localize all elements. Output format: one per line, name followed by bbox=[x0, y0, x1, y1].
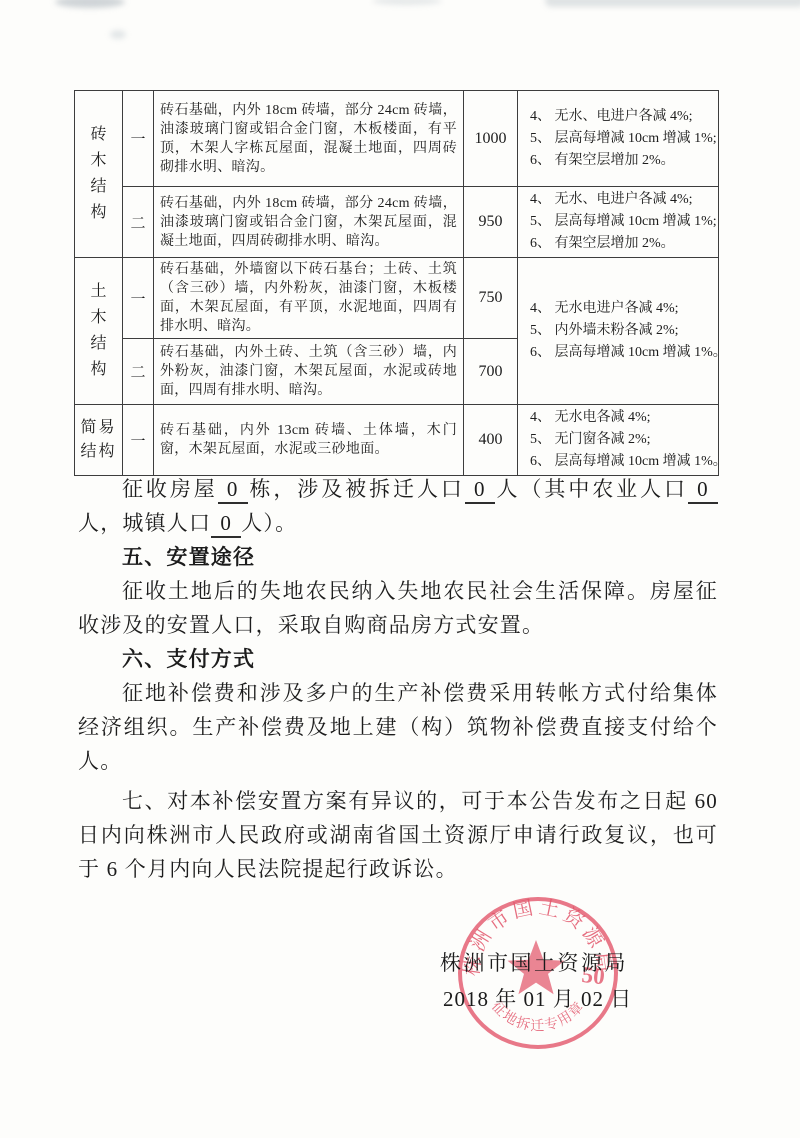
note-line: 5、 层高每增减 10cm 增减 1%; bbox=[530, 128, 714, 150]
description-cell: 砖石基础，内外 13cm 砖墙、土体墙，木门窗，木架瓦屋面，水泥或三砂地面。 bbox=[154, 405, 464, 476]
blank-value: 0 bbox=[465, 476, 495, 504]
price-cell: 400 bbox=[464, 405, 518, 476]
note-line: 5、 内外墙未粉各减 2%; bbox=[530, 320, 714, 342]
grade-cell: 一 bbox=[123, 91, 154, 187]
grade-cell: 一 bbox=[123, 258, 154, 339]
section-5-heading: 五、安置途径 bbox=[78, 540, 718, 574]
note-line: 6、 有架空层增加 2%。 bbox=[530, 150, 714, 172]
notes-cell: 4、 无水电各减 4%; 5、 无门窗各减 2%; 6、 层高每增减 10cm … bbox=[518, 405, 719, 476]
intro-text: 人）。 bbox=[241, 511, 297, 535]
section-6-body: 征地补偿费和涉及多户的生产补偿费采用转帐方式付给集体经济组织。生产补偿费及地上建… bbox=[78, 676, 718, 778]
grade-cell: 二 bbox=[123, 339, 154, 405]
price-cell: 950 bbox=[464, 187, 518, 258]
intro-text: 人，城镇人口 bbox=[78, 511, 211, 535]
table-row: 二 砖石基础，内外 18cm 砖墙，部分 24cm 砖墙，油漆玻璃门窗或铝合金门… bbox=[75, 187, 719, 258]
grade-cell: 一 bbox=[123, 405, 154, 476]
blank-value: 0 bbox=[211, 510, 241, 538]
price-cell: 750 bbox=[464, 258, 518, 339]
scan-artifact bbox=[110, 30, 126, 39]
compensation-table: 砖木结构 一 砖石基础，内外 18cm 砖墙，部分 24cm 砖墙，油漆玻璃门窗… bbox=[74, 90, 719, 476]
agency-signature: 株洲市国土资源局 bbox=[440, 947, 628, 977]
scan-artifact bbox=[55, 0, 125, 8]
intro-text: 征收房屋 bbox=[122, 477, 218, 501]
section-6-heading: 六、支付方式 bbox=[78, 642, 718, 676]
note-line: 6、 有架空层增加 2%。 bbox=[530, 233, 714, 255]
notes-cell: 4、 无水电进户各减 4%; 5、 内外墙未粉各减 2%; 6、 层高每增减 1… bbox=[518, 258, 719, 405]
structure-type-cell: 砖木结构 bbox=[75, 91, 123, 258]
description-cell: 砖石基础，外墙窗以下砖石基台；土砖、土筑（含三砂）墙，内外粉灰，油漆门窗，木板楼… bbox=[154, 258, 464, 339]
intro-paragraph: 征收房屋0栋，涉及被拆迁人口0人（其中农业人口0人，城镇人口0人）。 bbox=[78, 472, 718, 540]
table-row: 土木结构 一 砖石基础，外墙窗以下砖石基台；土砖、土筑（含三砂）墙，内外粉灰，油… bbox=[75, 258, 719, 339]
scan-artifact bbox=[372, 0, 442, 5]
price-cell: 1000 bbox=[464, 91, 518, 187]
note-line: 4、 无水电各减 4%; bbox=[530, 407, 714, 429]
intro-text: 栋，涉及被拆迁人口 bbox=[248, 477, 465, 501]
structure-type-cell: 土木结构 bbox=[75, 258, 123, 405]
note-line: 5、 无门窗各减 2%; bbox=[530, 429, 714, 451]
note-line: 5、 层高每增减 10cm 增减 1%; bbox=[530, 211, 714, 233]
structure-type-label: 简易结构 bbox=[80, 416, 117, 464]
document-body: 征收房屋0栋，涉及被拆迁人口0人（其中农业人口0人，城镇人口0人）。 五、安置途… bbox=[78, 472, 718, 886]
grade-cell: 二 bbox=[123, 187, 154, 258]
price-cell: 700 bbox=[464, 339, 518, 405]
structure-type-label: 土木结构 bbox=[90, 279, 107, 383]
note-line: 4、 无水、电进户各减 4%; bbox=[530, 189, 714, 211]
signature-date: 2018 年 01 月 02 日 bbox=[443, 983, 632, 1013]
description-cell: 砖石基础，内外土砖、土筑（含三砂）墙，内外粉灰，油漆门窗，木架瓦屋面，水泥或砖地… bbox=[154, 339, 464, 405]
structure-type-cell: 简易结构 bbox=[75, 405, 123, 476]
table-row: 简易结构 一 砖石基础，内外 13cm 砖墙、土体墙，木门窗，木架瓦屋面，水泥或… bbox=[75, 405, 719, 476]
intro-text: 人（其中农业人口 bbox=[495, 477, 688, 501]
section-7-paragraph: 七、对本补偿安置方案有异议的，可于本公告发布之日起 60 日内向株洲市人民政府或… bbox=[78, 784, 718, 886]
description-cell: 砖石基础，内外 18cm 砖墙，部分 24cm 砖墙，油漆玻璃门窗或铝合金门窗，… bbox=[154, 187, 464, 258]
notes-cell: 4、 无水、电进户各减 4%; 5、 层高每增减 10cm 增减 1%; 6、 … bbox=[518, 187, 719, 258]
note-line: 4、 无水电进户各减 4%; bbox=[530, 298, 714, 320]
document-page: 砖木结构 一 砖石基础，内外 18cm 砖墙，部分 24cm 砖墙，油漆玻璃门窗… bbox=[0, 0, 800, 1138]
table-row: 砖木结构 一 砖石基础，内外 18cm 砖墙，部分 24cm 砖墙，油漆玻璃门窗… bbox=[75, 91, 719, 187]
section-5-body: 征收土地后的失地农民纳入失地农民社会生活保障。房屋征收涉及的安置人口，采取自购商… bbox=[78, 574, 718, 642]
blank-value: 0 bbox=[688, 476, 718, 504]
note-line: 6、 层高每增减 10cm 增减 1%。 bbox=[530, 451, 714, 473]
note-line: 6、 层高每增减 10cm 增减 1%。 bbox=[530, 342, 714, 364]
structure-type-label: 砖木结构 bbox=[90, 122, 107, 226]
note-line: 4、 无水、电进户各减 4%; bbox=[530, 106, 714, 128]
notes-cell: 4、 无水、电进户各减 4%; 5、 层高每增减 10cm 增减 1%; 6、 … bbox=[518, 91, 719, 187]
blank-value: 0 bbox=[218, 476, 248, 504]
description-cell: 砖石基础，内外 18cm 砖墙，部分 24cm 砖墙，油漆玻璃门窗或铝合金门窗，… bbox=[154, 91, 464, 187]
scan-artifact bbox=[545, 0, 800, 7]
